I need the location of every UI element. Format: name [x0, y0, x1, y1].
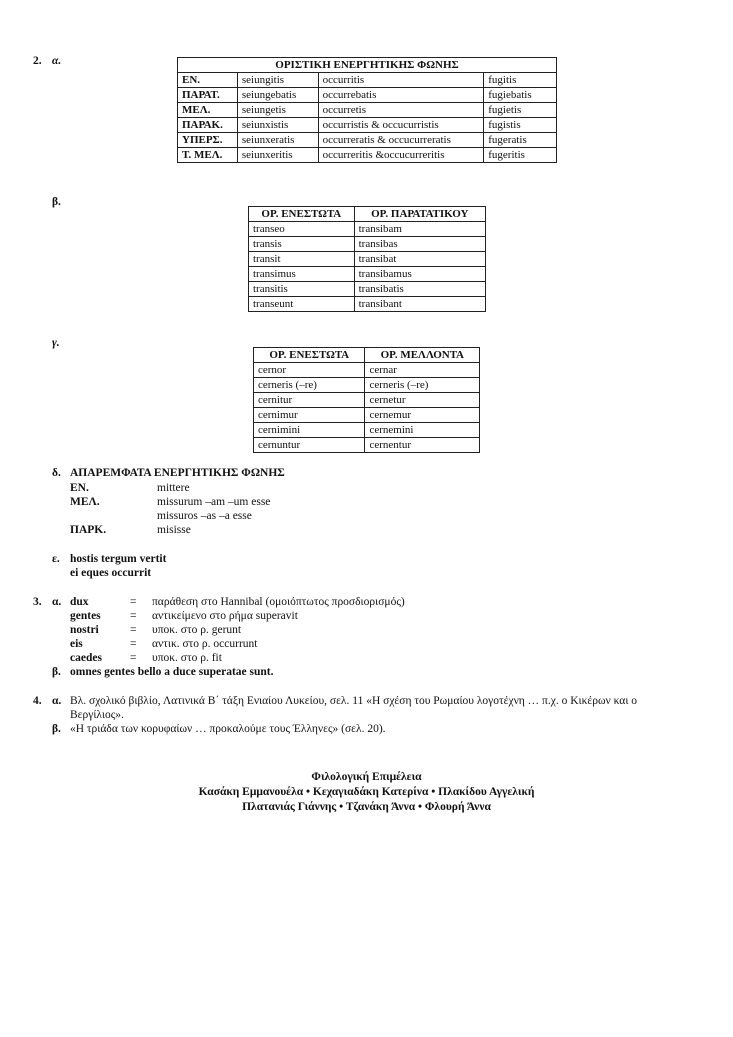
table-title: ΟΡΙΣΤΙΚΗ ΕΝΕΡΓΗΤΙΚΗΣ ΦΩΝΗΣ	[178, 58, 557, 73]
table-cell: occurritis	[318, 73, 484, 88]
table-cell: cernitur	[254, 393, 365, 408]
q3b-text: omnes gentes bello a duce superatae sunt…	[70, 665, 274, 679]
table-cell: cernemini	[365, 423, 480, 438]
table-cell: occurretis	[318, 103, 484, 118]
table-cell: transibas	[354, 237, 485, 252]
equals-sign: =	[130, 651, 137, 665]
table-cell: cerneris (–re)	[254, 378, 365, 393]
q2b-label: β.	[52, 195, 61, 209]
table-cell: cernemur	[365, 408, 480, 423]
q2d-label: δ.	[52, 466, 61, 480]
q2e-line: ei eques occurrit	[70, 566, 151, 580]
tense-cell: ΠΑΡΑΚ.	[178, 118, 238, 133]
q4b-text: «Η τριάδα των κορυφαίων … προκαλούμε του…	[70, 722, 386, 736]
syntax-desc: παράθεση στο Hannibal (ομοιόπτωτος προσδ…	[152, 595, 405, 609]
credits-line: Κασάκη Εμμανουέλα • Κεχαγιαδάκη Κατερίνα…	[0, 785, 733, 799]
table-cell: transibant	[354, 297, 485, 312]
syntax-desc: αντικείμενο στο ρήμα superavit	[152, 609, 298, 623]
q2-number: 2.	[33, 54, 42, 68]
table-row: ΠΑΡΑΚ.seiunxistisoccurristis & occucurri…	[178, 118, 557, 133]
tense-cell: ΕΝ.	[178, 73, 238, 88]
q3a-label: α.	[52, 595, 61, 609]
table-cell: cernar	[365, 363, 480, 378]
column-header: ΟΡ. ΠΑΡΑΤΑΤΙΚΟΥ	[354, 207, 485, 222]
table-cell: transibat	[354, 252, 485, 267]
table-cell: seiunxistis	[237, 118, 318, 133]
table-row: Τ. ΜΕΛ.seiunxeritisoccurreritis &occucur…	[178, 148, 557, 163]
equals-sign: =	[130, 623, 137, 637]
table-cell: transeo	[249, 222, 355, 237]
table-row: transitistransibatis	[249, 282, 486, 297]
syntax-desc: υποκ. στο ρ. fit	[152, 651, 222, 665]
table-cell: transibamus	[354, 267, 485, 282]
table-cell: occurristis & occucurristis	[318, 118, 484, 133]
table-cell: fugeritis	[484, 148, 557, 163]
credits-title: Φιλολογική Επιμέλεια	[0, 770, 733, 784]
table-cell: seiungetis	[237, 103, 318, 118]
table-row: cerniminicernemini	[254, 423, 480, 438]
table-row: cernimurcernemur	[254, 408, 480, 423]
syntax-desc: υποκ. στο ρ. gerunt	[152, 623, 241, 637]
infinitive-tense: ΜΕΛ.	[70, 495, 100, 509]
infinitive-value: mittere	[157, 481, 190, 495]
q4-number: 4.	[33, 694, 42, 708]
q4a-text-cont: Βεργίλιος».	[70, 708, 124, 722]
table-cell: seiunxeratis	[237, 133, 318, 148]
table-cell: seiungebatis	[237, 88, 318, 103]
syntax-word: gentes	[70, 609, 101, 623]
q4a-label: α.	[52, 694, 61, 708]
q2e-label: ε.	[52, 552, 60, 566]
equals-sign: =	[130, 637, 137, 651]
table-row: cernorcernar	[254, 363, 480, 378]
tense-cell: ΥΠΕΡΣ.	[178, 133, 238, 148]
column-header: ΟΡ. ΜΕΛΛΟΝΤΑ	[365, 348, 480, 363]
table-cell: cernuntur	[254, 438, 365, 453]
tense-cell: Τ. ΜΕΛ.	[178, 148, 238, 163]
q4a-text: Βλ. σχολικό βιβλίο, Λατινικά Β΄ τάξη Ενι…	[70, 694, 637, 708]
column-header: ΟΡ. ΕΝΕΣΤΩΤΑ	[254, 348, 365, 363]
table-cell: seiungitis	[237, 73, 318, 88]
table-row: cerneris (–re)cerneris (–re)	[254, 378, 480, 393]
table-row: transeunttransibant	[249, 297, 486, 312]
table-row: ΠΑΡΑΤ.seiungebatisoccurrebatisfugiebatis	[178, 88, 557, 103]
table-cell: cernimur	[254, 408, 365, 423]
q2e-line: hostis tergum vertit	[70, 552, 166, 566]
table-row: ΥΠΕΡΣ.seiunxeratisoccurreratis & occucur…	[178, 133, 557, 148]
table-cell: transimus	[249, 267, 355, 282]
table-cell: fugitis	[484, 73, 557, 88]
table-cell: fugietis	[484, 103, 557, 118]
table-cell: occurreratis & occucurreratis	[318, 133, 484, 148]
q3b-label: β.	[52, 665, 61, 679]
q2a-label: α.	[52, 54, 61, 68]
table-row: ΜΕΛ.seiungetisoccurretisfugietis	[178, 103, 557, 118]
table-row: transimustransibamus	[249, 267, 486, 282]
infinitive-tense: ΕΝ.	[70, 481, 89, 495]
table-cell: fugeratis	[484, 133, 557, 148]
table-cell: transitis	[249, 282, 355, 297]
table-cell: transibam	[354, 222, 485, 237]
table-row: transistransibas	[249, 237, 486, 252]
equals-sign: =	[130, 595, 137, 609]
present-future-table: ΟΡ. ΕΝΕΣΤΩΤΑΟΡ. ΜΕΛΛΟΝΤΑ cernorcernar ce…	[253, 347, 480, 453]
table-cell: cerneris (–re)	[365, 378, 480, 393]
q3-number: 3.	[33, 595, 42, 609]
infinitive-tense: ΠΑΡΚ.	[70, 523, 106, 537]
q2d-title: ΑΠΑΡΕΜΦΑΤΑ ΕΝΕΡΓΗΤΙΚΗΣ ΦΩΝΗΣ	[70, 466, 285, 480]
q2c-label: γ.	[52, 336, 60, 350]
tense-cell: ΜΕΛ.	[178, 103, 238, 118]
table-cell: cernetur	[365, 393, 480, 408]
column-header: ΟΡ. ΕΝΕΣΤΩΤΑ	[249, 207, 355, 222]
table-cell: fugiebatis	[484, 88, 557, 103]
syntax-word: caedes	[70, 651, 102, 665]
infinitive-value: missuros –as –a esse	[157, 509, 252, 523]
q4b-label: β.	[52, 722, 61, 736]
infinitive-value: missurum –am –um esse	[157, 495, 270, 509]
present-imperfect-table: ΟΡ. ΕΝΕΣΤΩΤΑΟΡ. ΠΑΡΑΤΑΤΙΚΟΥ transeotrans…	[248, 206, 486, 312]
table-cell: fugistis	[484, 118, 557, 133]
table-cell: cernentur	[365, 438, 480, 453]
indicative-active-table: ΟΡΙΣΤΙΚΗ ΕΝΕΡΓΗΤΙΚΗΣ ΦΩΝΗΣ ΕΝ.seiungitis…	[177, 57, 557, 163]
infinitive-value: misisse	[157, 523, 191, 537]
table-cell: transeunt	[249, 297, 355, 312]
syntax-word: eis	[70, 637, 83, 651]
table-cell: transit	[249, 252, 355, 267]
table-cell: cernimini	[254, 423, 365, 438]
table-row: transeotransibam	[249, 222, 486, 237]
syntax-word: nostri	[70, 623, 99, 637]
table-row: ΕΝ.seiungitisoccurritisfugitis	[178, 73, 557, 88]
syntax-word: dux	[70, 595, 89, 609]
table-cell: occurrebatis	[318, 88, 484, 103]
table-row: transittransibat	[249, 252, 486, 267]
table-cell: occurreritis &occucurreritis	[318, 148, 484, 163]
tense-cell: ΠΑΡΑΤ.	[178, 88, 238, 103]
syntax-desc: αντικ. στο ρ. occurrunt	[152, 637, 257, 651]
table-cell: transibatis	[354, 282, 485, 297]
table-cell: transis	[249, 237, 355, 252]
table-cell: seiunxeritis	[237, 148, 318, 163]
credits-line: Πλατανιάς Γιάννης • Τζανάκη Άννα • Φλουρ…	[0, 800, 733, 814]
equals-sign: =	[130, 609, 137, 623]
table-row: cerniturcernetur	[254, 393, 480, 408]
table-cell: cernor	[254, 363, 365, 378]
table-row: cernunturcernentur	[254, 438, 480, 453]
